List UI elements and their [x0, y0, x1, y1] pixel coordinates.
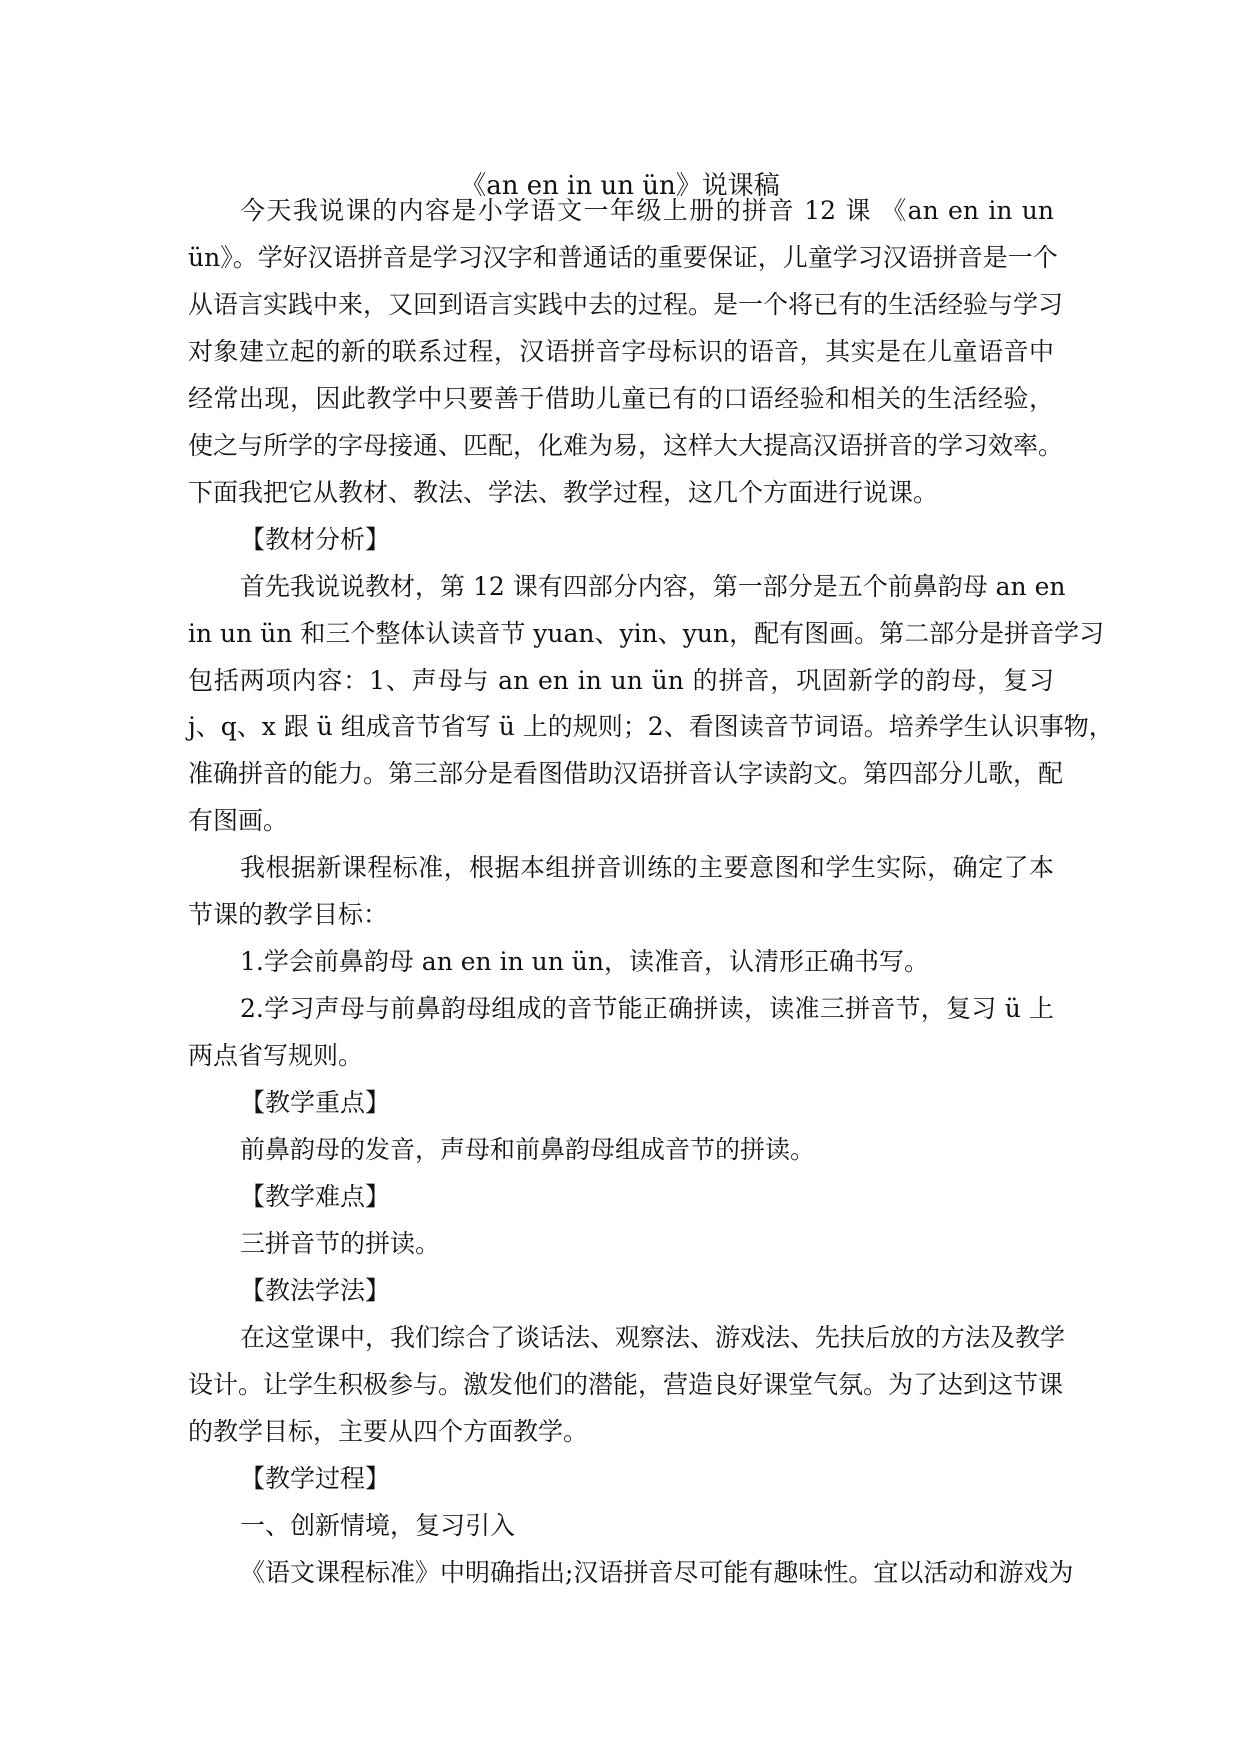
- text-line: 从语言实践中来，又回到语言实践中去的过程。是一个将已有的生活经验与学习: [188, 287, 1054, 323]
- text-line: 下面我把它从教材、教法、学法、教学过程，这几个方面进行说课。: [188, 475, 1054, 511]
- text-line: 使之与所学的字母接通、匹配，化难为易，这样大大提高汉语拼音的学习效率。: [188, 428, 1054, 464]
- text-line: 2.学习声母与前鼻韵母组成的音节能正确拼读，读准三拼音节，复习 ü 上: [240, 991, 1054, 1027]
- text-line: 三拼音节的拼读。: [240, 1226, 440, 1262]
- document-page: 《an en in un ün》说课稿 今天我说课的内容是小学语文一年级上册的拼…: [0, 0, 1240, 1754]
- text-line: 首先我说说教材，第 12 课有四部分内容，第一部分是五个前鼻韵母 an en: [240, 569, 1054, 605]
- section-heading: 【教材分析】: [240, 522, 390, 558]
- text-line: 的教学目标，主要从四个方面教学。: [188, 1414, 1054, 1450]
- text-line: 准确拼音的能力。第三部分是看图借助汉语拼音认字读韵文。第四部分儿歌，配: [188, 756, 1054, 792]
- text-line: 一、创新情境，复习引入: [240, 1508, 515, 1544]
- text-line: j、q、x 跟 ü 组成音节省写 ü 上的规则；2、看图读音节词语。培养学生认识…: [188, 709, 1054, 745]
- text-line: ün》。学好汉语拼音是学习汉字和普通话的重要保证，儿童学习汉语拼音是一个: [188, 240, 1054, 276]
- text-line: in un ün 和三个整体认读音节 yuan、yin、yun，配有图画。第二部…: [188, 616, 1054, 652]
- section-heading: 【教学过程】: [240, 1461, 390, 1497]
- section-heading: 【教学难点】: [240, 1179, 390, 1215]
- text-line: 《语文课程标准》中明确指出;汉语拼音尽可能有趣味性。宜以活动和游戏为: [240, 1555, 1054, 1591]
- section-heading: 【教学重点】: [240, 1085, 390, 1121]
- text-line: 有图画。: [188, 803, 1054, 839]
- text-line: 两点省写规则。: [188, 1038, 1054, 1074]
- text-line: 经常出现，因此教学中只要善于借助儿童已有的口语经验和相关的生活经验，: [188, 381, 1054, 417]
- text-line: 前鼻韵母的发音，声母和前鼻韵母组成音节的拼读。: [240, 1132, 815, 1168]
- text-line: 对象建立起的新的联系过程，汉语拼音字母标识的语音，其实是在儿童语音中: [188, 334, 1054, 370]
- text-line: 节课的教学目标：: [188, 897, 1054, 933]
- text-line: 在这堂课中，我们综合了谈话法、观察法、游戏法、先扶后放的方法及教学: [240, 1320, 1054, 1356]
- text-line: 设计。让学生积极参与。激发他们的潜能，营造良好课堂气氛。为了达到这节课: [188, 1367, 1054, 1403]
- text-line: 我根据新课程标准，根据本组拼音训练的主要意图和学生实际，确定了本: [240, 850, 1054, 886]
- text-line: 1.学会前鼻韵母 an en in un ün，读准音，认清形正确书写。: [240, 944, 929, 980]
- text-line: 包括两项内容：1、声母与 an en in un ün 的拼音，巩固新学的韵母，…: [188, 663, 1054, 699]
- text-line: 今天我说课的内容是小学语文一年级上册的拼音 12 课 《an en in un: [240, 193, 1054, 229]
- section-heading: 【教法学法】: [240, 1273, 390, 1309]
